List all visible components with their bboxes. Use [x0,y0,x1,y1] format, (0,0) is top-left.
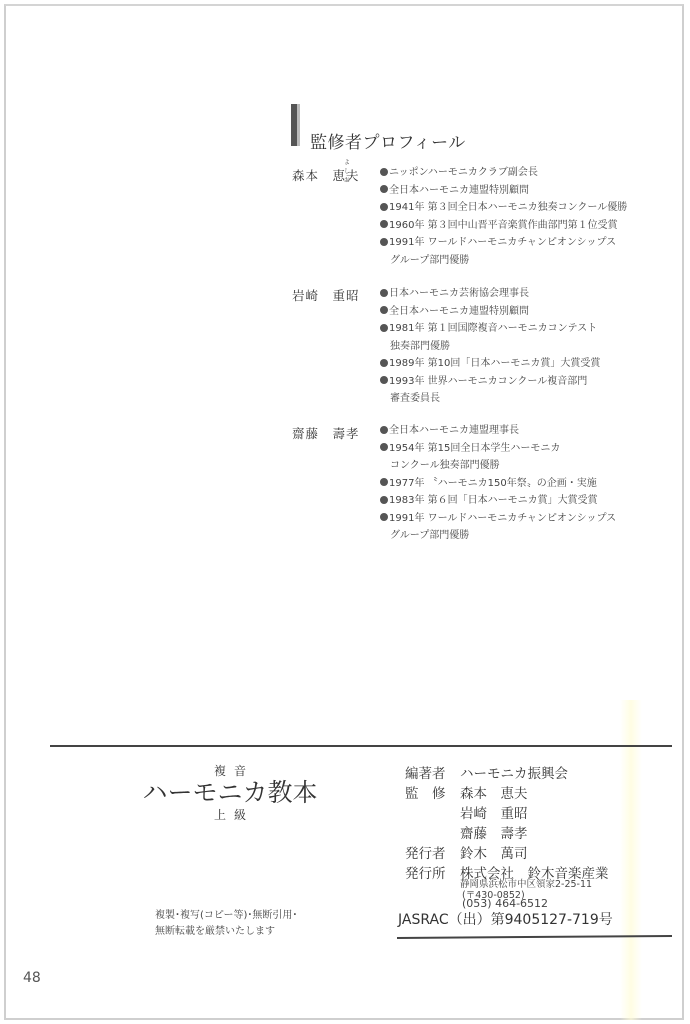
list-item: 1981年 第１回国際複音ハーモニカコンテスト [380,320,600,338]
colophon-top-rule [50,745,672,747]
scan-tint [620,700,642,1020]
profile-items: 全日本ハーモニカ連盟理事長 1954年 第15回全日本学生ハーモニカ コンクール… [380,422,616,545]
bullet-icon [380,185,388,193]
bullet-icon [380,220,388,228]
list-item: 全日本ハーモニカ連盟特別顧問 [380,303,600,321]
list-item-continuation: グループ部門優勝 [380,527,616,545]
list-item: 1954年 第15回全日本学生ハーモニカ [380,440,616,458]
page-number: 48 [23,970,41,986]
list-item-continuation: 独奏部門優勝 [380,338,600,356]
book-title-block: 複音 ハーモニカ教本 上級 [140,764,320,822]
bullet-icon [380,478,388,486]
bullet-icon [380,289,388,297]
list-item: 1977年 〝ハーモニカ150年祭〟の企画・実施 [380,475,616,493]
bullet-icon [380,443,388,451]
bullet-icon [380,376,388,384]
section-title: 監修者プロフィール [310,128,466,153]
bullet-icon [380,426,388,434]
bullet-icon [380,496,388,504]
book-title: ハーモニカ教本 [140,778,320,808]
profile-name: 齋藤 壽孝 [292,424,360,442]
list-item-continuation: 審査委員長 [380,390,600,408]
bullet-icon [380,324,388,332]
list-item: 1991年 ワールドハーモニカチャンピオンシップス [380,234,627,252]
list-item: 1991年 ワールドハーモニカチャンピオンシップス [380,510,616,528]
book-title-prefix: 複音 [140,764,320,778]
jasrac-license: JASRAC（出）第9405127-719号 [398,909,613,929]
copyright-notice: 複製･複写(コピー等)･無断引用･ 無断転載を厳禁いたします [155,908,297,940]
bullet-icon [380,168,388,176]
list-item: 1989年 第10回「日本ハーモニカ賞」大賞受賞 [380,355,600,373]
notice-line: 複製･複写(コピー等)･無断引用･ [155,908,297,924]
notice-line: 無断転載を厳禁いたします [155,924,297,940]
bullet-icon [380,513,388,521]
bullet-icon [380,203,388,211]
list-item: 1993年 世界ハーモニカコンクール複音部門 [380,373,600,391]
list-item-continuation: コンクール独奏部門優勝 [380,457,616,475]
profile-items: ニッポンハーモニカクラブ副会長 全日本ハーモニカ連盟特別顧問 1941年 第３回… [380,164,627,269]
list-item: 1983年 第６回「日本ハーモニカ賞」大賞受賞 [380,492,616,510]
list-item-continuation: グループ部門優勝 [380,252,627,270]
list-item: 1960年 第３回中山晋平音楽賞作曲部門第１位受賞 [380,217,627,235]
bullet-icon [380,238,388,246]
section-marker-bar [291,104,300,146]
list-item: 1941年 第３回全日本ハーモニカ独奏コンクール優勝 [380,199,627,217]
book-title-level: 上級 [140,808,320,822]
bullet-icon [380,306,388,314]
list-item: 全日本ハーモニカ連盟特別顧問 [380,182,627,200]
list-item: 全日本ハーモニカ連盟理事長 [380,422,616,440]
profile-name: 岩崎 重昭 [292,286,360,304]
list-item: 日本ハーモニカ芸術協会理事長 [380,285,600,303]
bullet-icon [380,359,388,367]
profile-items: 日本ハーモニカ芸術協会理事長 全日本ハーモニカ連盟特別顧問 1981年 第１回国… [380,285,600,408]
list-item: ニッポンハーモニカクラブ副会長 [380,164,627,182]
furigana: よしお [344,157,352,184]
